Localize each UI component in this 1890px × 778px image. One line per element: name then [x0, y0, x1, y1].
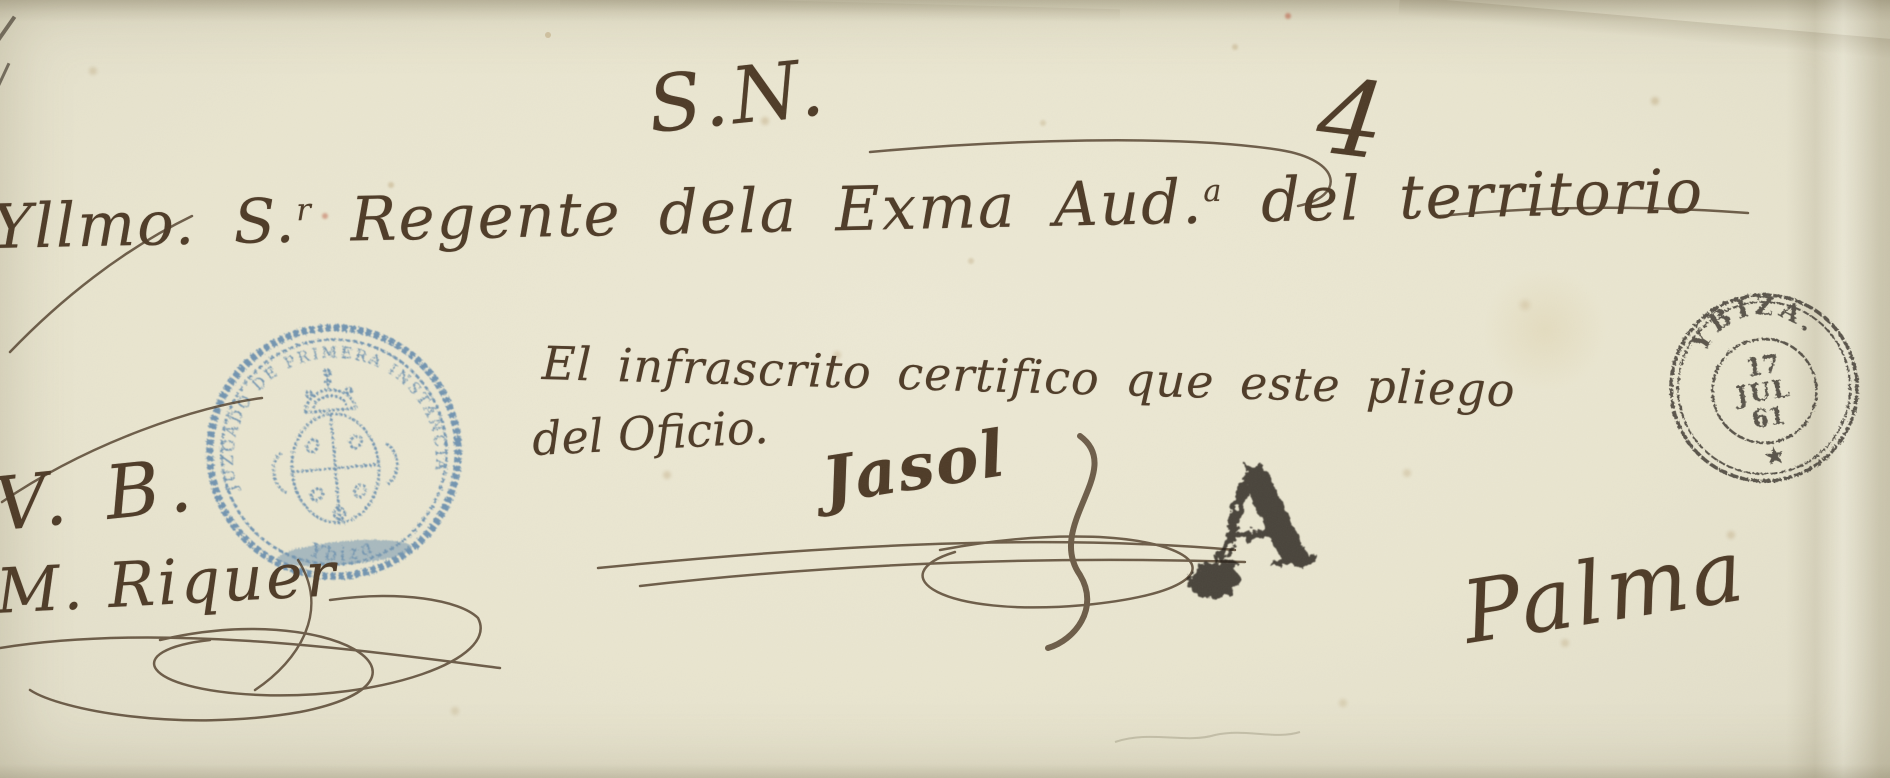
pen-flourish	[640, 560, 1245, 586]
destination-palma: Palma	[1456, 520, 1754, 663]
address-superscript: r	[296, 193, 313, 228]
address-part: Regente dela Exma Aud.	[312, 167, 1204, 257]
countersignature: M. Riquer	[0, 537, 340, 628]
certification-line-2: del Oficio.	[531, 400, 770, 466]
pen-flourish	[923, 536, 1193, 607]
foxing-spots	[545, 32, 551, 38]
pen-flourish	[0, 637, 500, 668]
franchise-a-handstamp: A	[1178, 440, 1338, 605]
pen-flourish	[30, 629, 373, 720]
address-part: Yllmo. S.	[0, 186, 297, 263]
visto-bueno-mark: V. B.	[0, 441, 203, 548]
bottom-edge-shadow	[0, 764, 1890, 778]
datestamp-year: 61	[1750, 400, 1788, 434]
edge-ink-mark	[0, 63, 10, 88]
address-line: Yllmo. S.r Regente dela Exma Aud.a del t…	[0, 156, 1705, 263]
postal-cover-scan: JUZGADO DE PRIMERA INSTANCIA Ybiza S.N. …	[0, 0, 1890, 778]
star-icon: ★	[1763, 442, 1787, 471]
address-superscript: a	[1203, 174, 1224, 209]
signature-jasol: Jasol	[817, 416, 1011, 519]
ybiza-datestamp: YBIZA. 17 JUL 61 ★	[1664, 288, 1864, 488]
address-part: del territorio	[1223, 156, 1705, 237]
datestamp-town: YBIZA.	[1678, 288, 1829, 360]
pen-flourish	[598, 542, 1235, 568]
pencil-annotation	[1115, 732, 1300, 742]
coat-of-arms-icon	[265, 364, 402, 527]
service-mark: S.N.	[644, 43, 832, 151]
pen-flourish	[1048, 436, 1095, 648]
